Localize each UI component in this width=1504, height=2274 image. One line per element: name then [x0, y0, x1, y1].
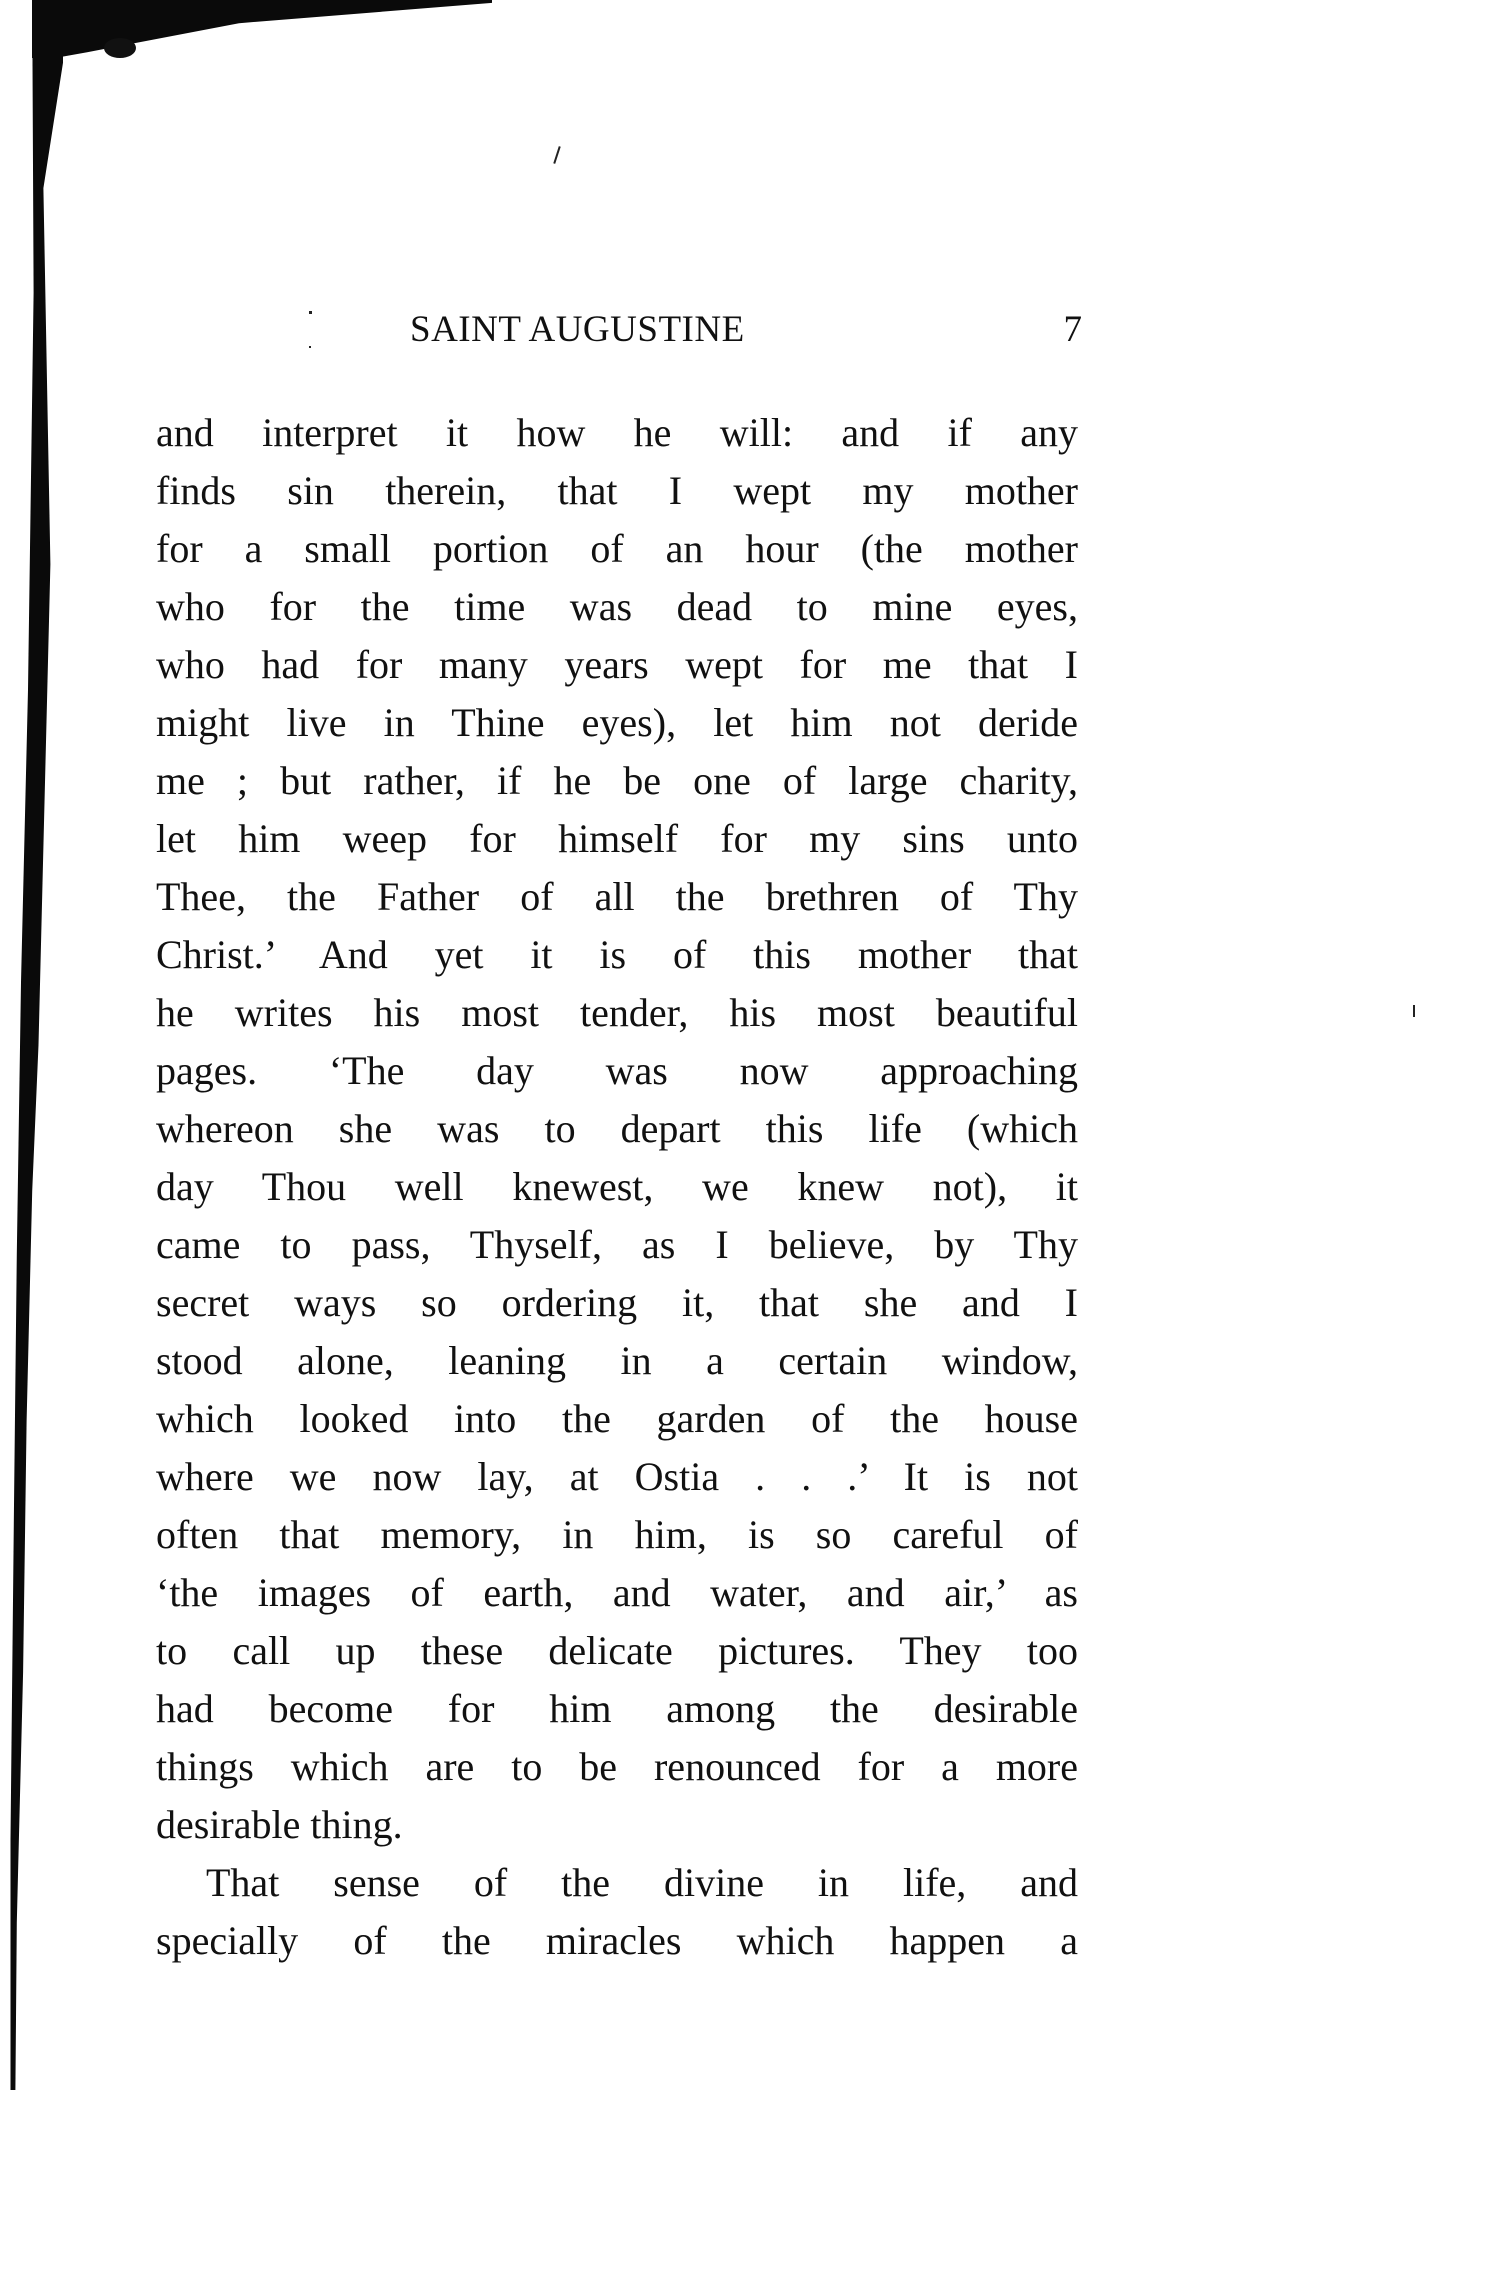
text-line: pages. ‘The day was now approaching [156, 1042, 1078, 1100]
text-line: day Thou well knewest, we knew not), it [156, 1158, 1078, 1216]
paragraph-1: and interpret it how he will: and if any… [156, 404, 1078, 1854]
scan-speck [309, 311, 312, 314]
text-line: who for the time was dead to mine eyes, [156, 578, 1078, 636]
text-line: he writes his most tender, his most beau… [156, 984, 1078, 1042]
text-line: things which are to be renounced for a m… [156, 1738, 1078, 1796]
text-line: let him weep for himself for my sins unt… [156, 810, 1078, 868]
text-line: Christ.’ And yet it is of this mother th… [156, 926, 1078, 984]
scan-speck [309, 346, 311, 348]
running-head: SAINT AUGUSTINE 7 [410, 308, 1090, 356]
text-line: often that memory, in him, is so careful… [156, 1506, 1078, 1564]
text-line: and interpret it how he will: and if any [156, 404, 1078, 462]
paragraph-2: That sense of the divine in life, and sp… [156, 1854, 1078, 1970]
text-line: for a small portion of an hour (the moth… [156, 520, 1078, 578]
text-line: stood alone, leaning in a certain window… [156, 1332, 1078, 1390]
scan-shadow-top-edge [32, 0, 492, 58]
text-line: came to pass, Thyself, as I believe, by … [156, 1216, 1078, 1274]
text-line: secret ways so ordering it, that she and… [156, 1274, 1078, 1332]
scan-shadow-binding-edge [0, 0, 70, 2090]
page-number: 7 [1064, 308, 1083, 351]
scanned-book-page: SAINT AUGUSTINE 7 and interpret it how h… [0, 0, 1504, 2274]
text-line: Thee, the Father of all the brethren of … [156, 868, 1078, 926]
text-line: had become for him among the desirable [156, 1680, 1078, 1738]
running-head-title: SAINT AUGUSTINE [410, 308, 745, 351]
text-line: desirable thing. [156, 1796, 1078, 1854]
scan-blot [104, 38, 136, 58]
text-line: to call up these delicate pictures. They… [156, 1622, 1078, 1680]
body-text: and interpret it how he will: and if any… [156, 404, 1078, 1970]
text-line: That sense of the divine in life, and [156, 1854, 1078, 1912]
text-line: which looked into the garden of the hous… [156, 1390, 1078, 1448]
scan-speck [553, 146, 560, 164]
text-line: finds sin therein, that I wept my mother [156, 462, 1078, 520]
text-line: who had for many years wept for me that … [156, 636, 1078, 694]
text-line: might live in Thine eyes), let him not d… [156, 694, 1078, 752]
text-line: me ; but rather, if he be one of large c… [156, 752, 1078, 810]
text-line: ‘the images of earth, and water, and air… [156, 1564, 1078, 1622]
text-line: specially of the miracles which happen a [156, 1912, 1078, 1970]
text-line: whereon she was to depart this life (whi… [156, 1100, 1078, 1158]
text-line: where we now lay, at Ostia . . .’ It is … [156, 1448, 1078, 1506]
scan-speck [1413, 1005, 1415, 1017]
